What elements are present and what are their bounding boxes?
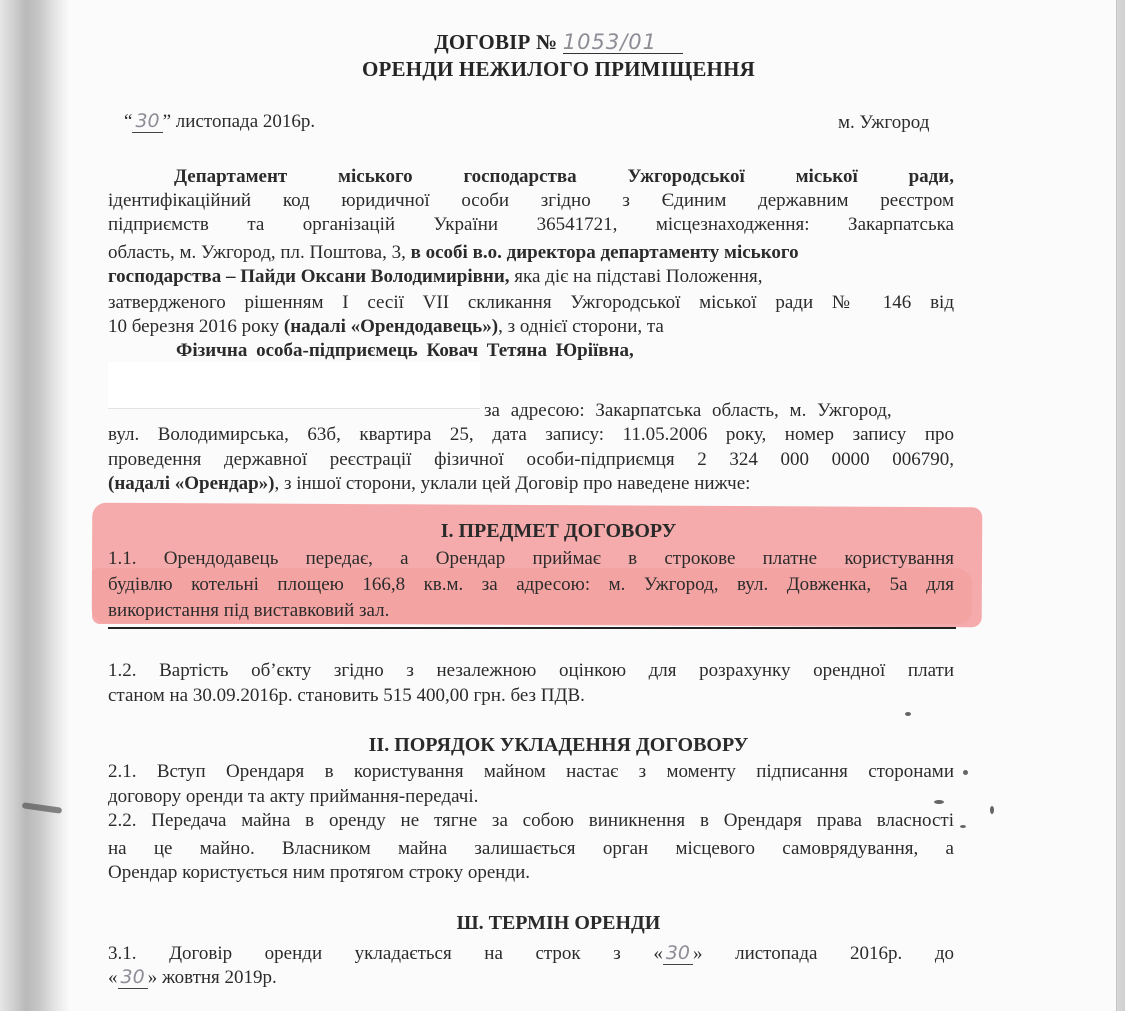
term-start-prefix: 3.1. Договір оренди укладається на строк… bbox=[108, 943, 663, 964]
term-start-suffix: » листопада 2016р. до bbox=[693, 943, 954, 964]
scan-speck bbox=[963, 770, 968, 775]
page-edge bbox=[1116, 0, 1125, 1011]
preamble-director-name: господарства – Пайди Оксани Володимирівн… bbox=[108, 266, 510, 287]
preamble-line-3: підприємств та організацій України 36541… bbox=[108, 214, 954, 236]
binding-shadow bbox=[0, 0, 70, 1011]
section-underline bbox=[108, 627, 956, 629]
term-end-suffix: » жовтня 2019р. bbox=[148, 967, 277, 988]
clause-3-1-line-1: 3.1. Договір оренди укладається на строк… bbox=[108, 942, 954, 965]
term-end-prefix: « bbox=[108, 967, 118, 988]
tenant-side: , з іншої сторони, уклали цей Договір пр… bbox=[274, 473, 750, 494]
scanned-page: ДОГОВІР № 1053/01 ОРЕНДИ НЕЖИЛОГО ПРИМІЩ… bbox=[0, 0, 1117, 1011]
redacted-area bbox=[108, 362, 480, 409]
document-title: ДОГОВІР № 1053/01 bbox=[0, 30, 1117, 55]
preamble-line-2: ідентифікаційний код юридичної особи згі… bbox=[108, 190, 954, 212]
preamble-line-5: господарства – Пайди Оксани Володимирівн… bbox=[108, 266, 762, 288]
clause-2-1-line-1: 2.1. Вступ Орендаря в користування майно… bbox=[108, 761, 954, 783]
section-2-title: ІІ. ПОРЯДОК УКЛАДЕННЯ ДОГОВОРУ bbox=[0, 734, 1117, 757]
title-prefix: ДОГОВІР № bbox=[434, 30, 557, 54]
section-3-title: Ш. ТЕРМІН ОРЕНДИ bbox=[0, 912, 1117, 935]
preamble-representative: в особі в.о. директора департаменту місь… bbox=[411, 242, 799, 263]
clause-2-2-line-3: Орендар користується ним протягом строку… bbox=[108, 862, 530, 884]
clause-1-1-line-2: будівлю котельні площею 166,8 кв.м. за а… bbox=[108, 574, 954, 596]
tenant-name: Фізична особа-підприємець Ковач Тетяна Ю… bbox=[176, 340, 634, 362]
term-end-day: 30 bbox=[118, 966, 148, 989]
tenant-alias: (надалі «Орендар») bbox=[108, 473, 274, 494]
tenant-address-line-3: проведення державної реєстрації фізичної… bbox=[108, 449, 954, 471]
tenant-address-line-1: за адресою: Закарпатська область, м. Ужг… bbox=[484, 400, 892, 422]
preamble-side: , з однієї сторони, та bbox=[498, 316, 664, 337]
tenant-address-line-4: (надалі «Орендар»), з іншої сторони, укл… bbox=[108, 473, 750, 495]
contract-city: м. Ужгород bbox=[838, 112, 929, 134]
landlord-alias: (надалі «Орендодавець») bbox=[284, 316, 498, 337]
tenant-address-line-2: вул. Володимирська, 63б, квартира 25, да… bbox=[108, 424, 954, 446]
clause-1-2-line-1: 1.2. Вартість об’єкту згідно з незалежно… bbox=[108, 660, 954, 682]
scan-speck bbox=[960, 825, 966, 828]
date-rest: ” листопада 2016р. bbox=[163, 111, 316, 132]
date-day: 30 bbox=[132, 110, 162, 133]
term-start-day: 30 bbox=[663, 942, 693, 965]
preamble-basis: яка діє на підставі Положення, bbox=[510, 266, 763, 287]
scan-speck bbox=[934, 800, 944, 804]
preamble-line-6: затвердженого рішенням I сесії VII склик… bbox=[108, 292, 954, 314]
preamble-line-1: Департамент міського господарства Ужгоро… bbox=[174, 166, 954, 188]
clause-1-1-line-3: використання під виставковий зал. bbox=[108, 600, 389, 622]
preamble-address: область, м. Ужгород, пл. Поштова, 3, bbox=[108, 242, 411, 263]
contract-date: “30” листопада 2016р. bbox=[124, 110, 315, 133]
clause-2-2-line-2: на це майно. Власником майна залишається… bbox=[108, 838, 954, 860]
preamble-line-7: 10 березня 2016 року (надалі «Орендодаве… bbox=[108, 316, 664, 338]
scan-speck bbox=[905, 712, 911, 716]
clause-2-1-line-2: договору оренди та акту приймання-переда… bbox=[108, 786, 478, 808]
clause-3-1-line-2: «30» жовтня 2019р. bbox=[108, 966, 277, 989]
clause-1-2-line-2: станом на 30.09.2016р. становить 515 400… bbox=[108, 685, 585, 707]
clause-2-2-line-1: 2.2. Передача майна в оренду не тягне за… bbox=[108, 810, 954, 832]
contract-number: 1053/01 bbox=[563, 31, 683, 54]
scan-speck bbox=[990, 806, 994, 814]
clause-1-1-line-1: 1.1. Орендодавець передає, а Орендар при… bbox=[108, 548, 954, 570]
preamble-date: 10 березня 2016 року bbox=[108, 316, 284, 337]
preamble-line-4: область, м. Ужгород, пл. Поштова, 3, в о… bbox=[108, 242, 799, 264]
section-1-title: І. ПРЕДМЕТ ДОГОВОРУ bbox=[0, 520, 1117, 543]
document-subtitle: ОРЕНДИ НЕЖИЛОГО ПРИМІЩЕННЯ bbox=[0, 57, 1117, 82]
